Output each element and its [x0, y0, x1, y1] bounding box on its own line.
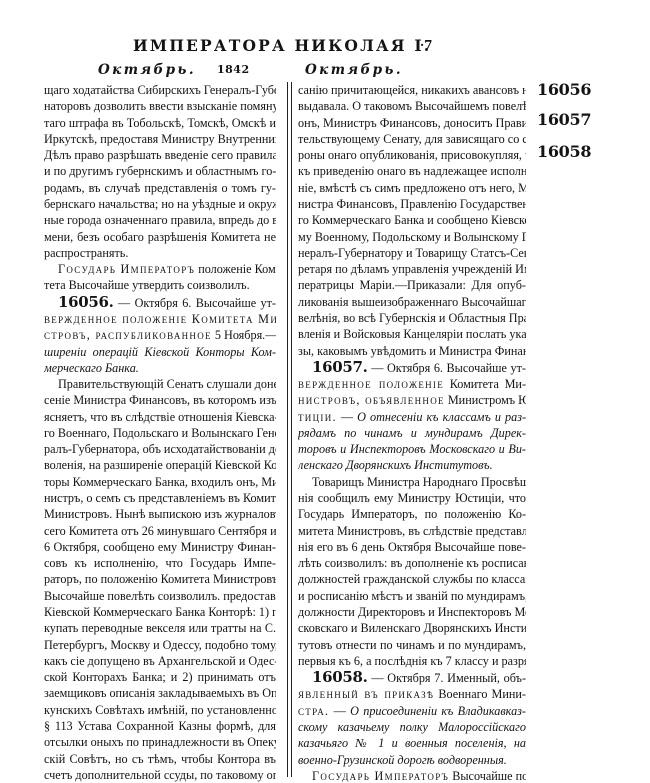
text-line: го Коммерческаго Банка и сообщено Кіевск…: [298, 212, 526, 228]
document-page: ИМПЕРАТОРА НИКОЛАЯ I. ·7 Октябрь. 1842 О…: [0, 0, 650, 783]
running-header: ИМПЕРАТОРА НИКОЛАЯ I. ·7: [0, 36, 650, 58]
text-line: Государь Императоръ положеніе Коми-: [44, 261, 276, 277]
text-line: заемщиковъ описанія закладываемыхъ въ Оп…: [44, 685, 276, 701]
text-line: раторъ, по положенію Комитета Министровъ…: [44, 571, 276, 587]
text-line: бернскаго начальства; но на уѣздные и ок…: [44, 196, 276, 212]
text-line: лѣть соизволилъ: въ дополненіе къ роспис…: [298, 555, 526, 571]
text-line: роны онаго опубликованія, присовокупляя,…: [298, 147, 526, 163]
month-right: Октябрь.: [305, 62, 403, 78]
text-line: му Военному, Подольскому и Волынскому Ге…: [298, 229, 526, 245]
text-line: ясняетъ, что въ слѣдствіе отношенія Кіев…: [44, 409, 276, 425]
text-line: ширеніи операцій Кіевской Конторы Ком-: [44, 344, 276, 360]
margin-number: 16056: [537, 80, 591, 99]
text-line: ской Конторахъ Банка; и 2) принимать отъ: [44, 669, 276, 685]
margin-number: 16058: [537, 142, 591, 161]
margin-number: 16057: [537, 110, 591, 129]
text-line: вленія и Войсковыя Канцеляріи послать ук…: [298, 326, 526, 342]
paragraph-emperor: Государь Императоръ Высочайше по-: [298, 768, 526, 783]
text-line: скому казачьему полку Малороссійскаго: [298, 719, 526, 735]
text-line: Иркутскѣ, предоставя Министру Внутренних…: [44, 131, 276, 147]
text-line: военно-Грузинской дорогѣ водворенныя.: [298, 752, 526, 768]
text-line: тета Высочайше утвердить соизволилъ.: [44, 277, 276, 293]
text-line: Петербургъ, Москву и Одессу, подобно том…: [44, 637, 276, 653]
text-line: Товарищъ Министра Народнаго Просвѣще-: [298, 474, 526, 490]
text-line: ные города означеннаго правила, впредь д…: [44, 212, 276, 228]
text-line: тельствующему Сенату, для зависящаго со …: [298, 131, 526, 147]
text-line: къ приведенію онаго въ надлежащее исполн…: [298, 163, 526, 179]
paragraph-deputy-minister: Товарищъ Министра Народнаго Просвѣще- ні…: [298, 474, 526, 669]
text-line: выдавала. О таковомъ Высочайшемъ повелѣн…: [298, 98, 526, 114]
text-line: наторовъ дозволить ввести взысканіе помя…: [44, 98, 276, 114]
paragraph-senate: Правительствующій Сенатъ слушали доне- с…: [44, 376, 276, 783]
text-line: таго штрафа въ Тобольскѣ, Томскѣ, Омскѣ …: [44, 115, 276, 131]
text-line: велѣнія, во всѣ Губернскія и Областныя П…: [298, 310, 526, 326]
text-line: зы, каковымъ увѣдомить и Министра Финанс…: [298, 343, 526, 359]
text-line: Дѣлъ право разрѣшать введеніе сего прави…: [44, 147, 276, 163]
page-number: ·7: [420, 38, 433, 52]
text-line: мерческаго Банка.: [44, 360, 276, 376]
text-line: 16058. — Октября 7. Именный, объ-: [298, 669, 526, 686]
year: 1842: [217, 63, 250, 76]
text-line: родамъ, въ случаѣ представленія о томъ г…: [44, 180, 276, 196]
entry-16058-heading: 16058. — Октября 7. Именный, объ- явленн…: [298, 669, 526, 768]
text-line: нія его въ 6 день Октября Высочайше пове…: [298, 539, 526, 555]
text-line: 6 Октября, сообщено ему Министру Финан-: [44, 539, 276, 555]
text-line: тутовъ отнести по чинамъ и по мундирамъ,: [298, 637, 526, 653]
text-line: сеніе Министра Финансовъ, въ которомъ из…: [44, 392, 276, 408]
entry-number: 16057.: [312, 359, 368, 376]
text-line: Правительствующій Сенатъ слушали доне-: [44, 376, 276, 392]
text-line: нистровъ, объявленное Министромъ Юс-: [298, 392, 526, 408]
text-line: нистръ, о семъ съ представленіемъ въ Ком…: [44, 490, 276, 506]
text-line: онъ, Министръ Финансовъ, доноситъ Прави-: [298, 115, 526, 131]
text-line: ленскаго Дворянскихъ Институтовъ.: [298, 457, 526, 473]
text-line: отсылки оныхъ по принадлежности въ Опеку…: [44, 734, 276, 750]
text-line: должностей гражданской службы по классам…: [298, 571, 526, 587]
entry-16056-heading: 16056. — Октября 6. Высочайше ут- вержде…: [44, 294, 276, 376]
paragraph-continued: санію причитающейся, никакихъ авансовъ н…: [298, 82, 526, 359]
text-line: вержденное положеніе Комитета Мини-: [44, 311, 276, 327]
text-line: стровъ, распубликованное 5 Ноября.—О раз…: [44, 327, 276, 343]
text-line: ликованія вышеизображеннаго Высочайшаго …: [298, 294, 526, 310]
text-line: сего Комитета отъ 26 минувшаго Сентября …: [44, 523, 276, 539]
text-line: митета Министровъ, въ слѣдствіе представ…: [298, 523, 526, 539]
right-column: санію причитающейся, никакихъ авансовъ н…: [298, 82, 526, 783]
text-line: Министровъ. Нынѣ выпискою изъ журналовъ: [44, 506, 276, 522]
text-line: казачьяго № 1 и военныя поселенія, на: [298, 735, 526, 751]
text-line: нералъ-Губернатору и Товарищу Статсъ-Сек…: [298, 245, 526, 261]
text-line: первыя къ 6, а послѣднія къ 7 классу и р…: [298, 653, 526, 669]
left-column: щаго ходатайства Сибирскихъ Генералъ-Губ…: [44, 82, 276, 783]
page-title: ИМПЕРАТОРА НИКОЛАЯ I.: [133, 36, 345, 55]
text-line: явленный въ приказѣ Военнаго Мини-: [298, 686, 526, 702]
text-line: § 113 Устава Сохранной Казны формѣ, для: [44, 718, 276, 734]
text-line: Кіевской Коммерческаго Банка Конторѣ: 1)…: [44, 604, 276, 620]
text-line: тиціи. — О отнесеніи къ классамъ и раз-: [298, 409, 526, 425]
text-line: мени, безъ особаго разрѣшенія Комитета н…: [44, 229, 276, 245]
column-divider: [287, 82, 292, 777]
text-line: торовъ и Инспекторовъ Московскаго и Ви-: [298, 441, 526, 457]
text-line: воленія, на разширеніе операцій Кіевской…: [44, 457, 276, 473]
text-line: и по другимъ губернскимъ и областнымъ го…: [44, 163, 276, 179]
text-line: 16056. — Октября 6. Высочайше ут-: [44, 294, 276, 311]
text-line: стра. — О присоединеніи къ Владикавказ-: [298, 703, 526, 719]
text-line: сковскаго и Виленскаго Дворянскихъ Инсти…: [298, 620, 526, 636]
text-line: счетъ дополнительной ссуды, по таковому …: [44, 767, 276, 783]
entry-16057-heading: 16057. — Октября 6. Высочайше ут- вержде…: [298, 359, 526, 474]
text-line: ралъ-Губернатора, объ исходатайствованіи…: [44, 441, 276, 457]
text-line: Государь Императоръ Высочайше по-: [298, 768, 526, 783]
text-line: совъ къ исполненію, что Государь Импе-: [44, 555, 276, 571]
text-line: рядамъ по чинамъ и мундирамъ Дирек-: [298, 425, 526, 441]
text-line: Государь Императоръ, по положенію Ко-: [298, 506, 526, 522]
text-line: и росписанію мѣстъ и званій по мундирамъ…: [298, 588, 526, 604]
text-line: кунскихъ Совѣтахъ имѣній, по установленн…: [44, 702, 276, 718]
text-line: нія сообщилъ ему Министру Юстиціи, что: [298, 490, 526, 506]
text-line: скій Совѣтъ, но съ тѣмъ, чтобы Контора в…: [44, 751, 276, 767]
text-line: го Военнаго, Подольскаго и Волынскаго Ге…: [44, 425, 276, 441]
text-line: какъ сіе допущено въ Архангельской и Оде…: [44, 653, 276, 669]
entry-number: 16056.: [58, 294, 114, 311]
text-line: щаго ходатайства Сибирскихъ Генералъ-Губ…: [44, 82, 276, 98]
text-line: нистра Финансовъ, Правленію Государствен…: [298, 196, 526, 212]
text-line: торы Коммерческаго Банка, входилъ онъ, М…: [44, 474, 276, 490]
month-left: Октябрь.: [98, 62, 196, 78]
entry-number: 16058.: [312, 669, 368, 686]
text-line: ретаря по дѣламъ управленія учрежденій И…: [298, 261, 526, 277]
month-header-row: Октябрь. 1842 Октябрь.: [0, 62, 650, 80]
paragraph-approval: Государь Императоръ положеніе Коми- тета…: [44, 261, 276, 294]
text-line: ператрицы Маріи.—Приказали: Для опуб-: [298, 277, 526, 293]
paragraph-continued: щаго ходатайства Сибирскихъ Генералъ-Губ…: [44, 82, 276, 261]
text-line: санію причитающейся, никакихъ авансовъ н…: [298, 82, 526, 98]
text-line: Высочайше повелѣть соизволилъ. предостав…: [44, 588, 276, 604]
text-line: должности Директоровъ и Инспекторовъ Мо-: [298, 604, 526, 620]
text-line: 16057. — Октября 6. Высочайше ут-: [298, 359, 526, 376]
small-caps-text: Государь Императоръ: [58, 262, 195, 276]
text-line: ніе, вмѣстѣ съ симъ предложено отъ него,…: [298, 180, 526, 196]
text-line: купать переводные векселя или тратты на …: [44, 620, 276, 636]
text-line: распространять.: [44, 245, 276, 261]
text-line: вержденное положеніе Комитета Ми-: [298, 376, 526, 392]
